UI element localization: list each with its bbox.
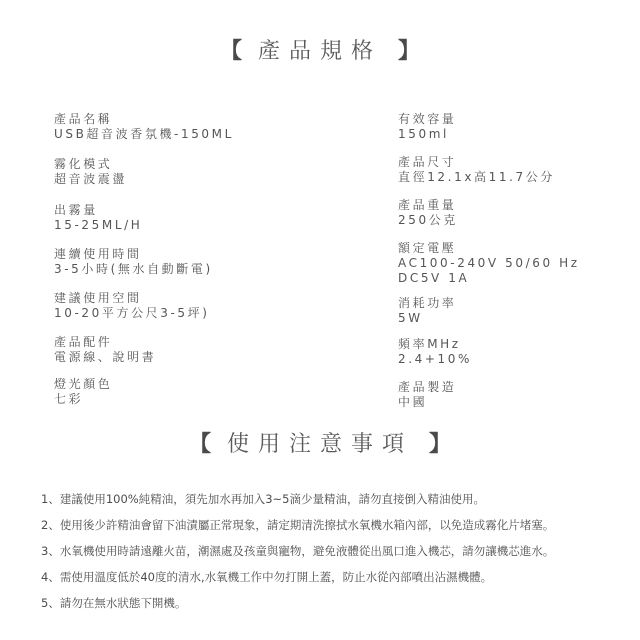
usage-notes-list: 1、建議使用100%純精油，須先加水再加入3~5滴少量精油，請勿直接倒入精油使用… <box>41 486 631 616</box>
note-item: 5、請勿在無水狀態下開機。 <box>41 590 631 616</box>
spec-value: USB超音波香氛機-150ML <box>54 127 234 142</box>
spec-value: 15-25ML/H <box>54 218 142 233</box>
spec-label: 產品重量 <box>398 198 458 213</box>
spec-accessories: 產品配件 電源線、說明書 <box>54 335 156 365</box>
spec-value: 250公克 <box>398 213 458 228</box>
specs-section-title: 【 產品規格 】 <box>0 34 640 65</box>
spec-product-name: 產品名稱 USB超音波香氛機-150ML <box>54 112 234 142</box>
spec-frequency: 頻率MHz 2.4+10% <box>398 337 472 367</box>
spec-value: 七彩 <box>54 392 112 407</box>
spec-label: 產品配件 <box>54 335 156 350</box>
notes-title-text: 使用注意事項 <box>227 432 413 457</box>
spec-value: 超音波震盪 <box>54 172 127 187</box>
spec-recommended-space: 建議使用空間 10-20平方公尺3-5坪) <box>54 291 210 321</box>
spec-value: 直徑12.1x高11.7公分 <box>398 170 555 185</box>
spec-made-in: 產品製造 中國 <box>398 380 456 410</box>
spec-label: 有效容量 <box>398 112 456 127</box>
spec-label: 消耗功率 <box>398 296 456 311</box>
spec-light-color: 燈光顏色 七彩 <box>54 377 112 407</box>
spec-power-consumption: 消耗功率 5W <box>398 296 456 326</box>
spec-effective-capacity: 有效容量 150ml <box>398 112 456 142</box>
left-bracket: 【 <box>220 39 242 64</box>
spec-value: 3-5小時(無水自動斷電) <box>54 262 213 277</box>
notes-section-title: 【 使用注意事項 】 <box>0 427 640 458</box>
spec-dimensions: 產品尺寸 直徑12.1x高11.7公分 <box>398 155 555 185</box>
spec-value: 電源線、說明書 <box>54 350 156 365</box>
note-item: 4、需使用溫度低於40度的清水,水氧機工作中勿打開上蓋，防止水從內部噴出沾濕機體… <box>41 564 631 590</box>
spec-label: 燈光顏色 <box>54 377 112 392</box>
spec-value: 10-20平方公尺3-5坪) <box>54 306 210 321</box>
spec-label: 產品製造 <box>398 380 456 395</box>
spec-value-secondary: DC5V 1A <box>398 271 580 286</box>
spec-label: 建議使用空間 <box>54 291 210 306</box>
note-item: 1、建議使用100%純精油，須先加水再加入3~5滴少量精油，請勿直接倒入精油使用… <box>41 486 631 512</box>
note-item: 2、使用後少許精油會留下油漬屬正常現象，請定期清洗擦拭水氧機水箱內部，以免造成霧… <box>41 512 631 538</box>
spec-value: 5W <box>398 311 456 326</box>
spec-rated-voltage: 額定電壓 AC100-240V 50/60 Hz DC5V 1A <box>398 241 580 286</box>
spec-label: 額定電壓 <box>398 241 580 256</box>
spec-value: 150ml <box>398 127 456 142</box>
right-bracket: 】 <box>429 432 451 457</box>
spec-weight: 產品重量 250公克 <box>398 198 458 228</box>
spec-label: 連續使用時間 <box>54 247 213 262</box>
spec-label: 出霧量 <box>54 203 142 218</box>
spec-label: 霧化模式 <box>54 157 127 172</box>
spec-mist-output: 出霧量 15-25ML/H <box>54 203 142 233</box>
specs-title-text: 產品規格 <box>258 39 382 64</box>
spec-value: 2.4+10% <box>398 352 472 367</box>
spec-label: 頻率MHz <box>398 337 472 352</box>
spec-atomization-mode: 霧化模式 超音波震盪 <box>54 157 127 187</box>
right-bracket: 】 <box>398 39 420 64</box>
spec-label: 產品名稱 <box>54 112 234 127</box>
spec-value: AC100-240V 50/60 Hz <box>398 256 580 271</box>
spec-value: 中國 <box>398 395 456 410</box>
note-item: 3、水氧機使用時請遠離火苗，潮濕處及孩童與寵物，避免液體從出風口進入機芯，請勿讓… <box>41 538 631 564</box>
left-bracket: 【 <box>189 432 211 457</box>
spec-label: 產品尺寸 <box>398 155 555 170</box>
spec-continuous-use-time: 連續使用時間 3-5小時(無水自動斷電) <box>54 247 213 277</box>
